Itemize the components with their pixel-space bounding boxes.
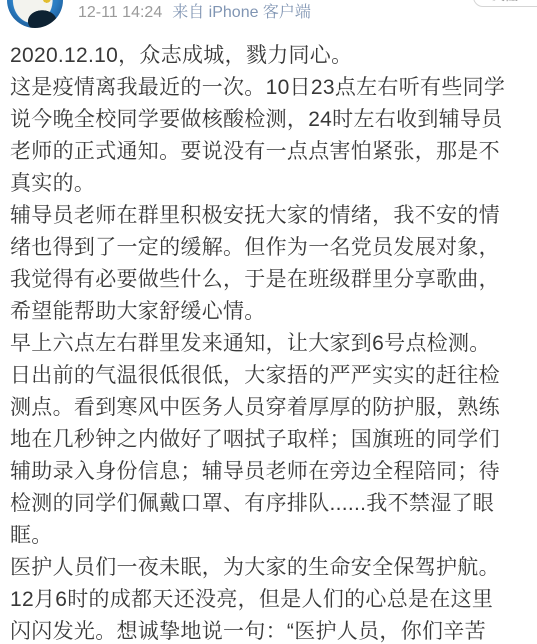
post-text-line: 希望能帮助大家舒缓心情。 <box>10 296 527 328</box>
post-text-line: 12月6时的成都天还没亮，但是人们的心总是在这里 <box>10 584 527 616</box>
post-text-line: 闪闪发光。想诚挚地说一句：“医护人员，你们辛苦 <box>10 616 527 644</box>
post-text-line: 医护人员们一夜未眠，为大家的生命安全保驾护航。 <box>10 552 527 584</box>
post-source-link[interactable]: 来自 iPhone 客户端 <box>172 4 311 21</box>
post-text-line: 地在几秒钟之内做好了咽拭子取样；国旗班的同学们 <box>10 424 527 456</box>
post-text-line: 2020.12.10，众志成城，戮力同心。 <box>10 40 527 72</box>
post-text-line: 眶。 <box>10 520 527 552</box>
post-text-line: 测点。看到寒风中医务人员穿着厚厚的防护服，熟练 <box>10 392 527 424</box>
user-avatar[interactable] <box>7 0 63 28</box>
post-text-line: 辅导员老师在群里积极安抚大家的情绪，我不安的情 <box>10 200 527 232</box>
post-text-line: 真实的。 <box>10 168 527 200</box>
post-text-line: 我觉得有必要做些什么，于是在班级群里分享歌曲， <box>10 264 527 296</box>
post-text-line: 辅助录入身份信息；辅导员老师在旁边全程陪同；待 <box>10 456 527 488</box>
follow-button-label: 关注 <box>474 0 536 4</box>
post-timestamp: 12-11 14:24 <box>78 4 162 21</box>
post-text-line: 早上六点左右群里发来通知，让大家到6号点检测。 <box>10 328 527 360</box>
post-text-line: 绪也得到了一定的缓解。但作为一名党员发展对象， <box>10 232 527 264</box>
post-body: 2020.12.10，众志成城，戮力同心。这是疫情离我最近的一次。10日23点左… <box>0 40 537 644</box>
post-text-line: 日出前的气温很低很低，大家捂的严严实实的赶往检 <box>10 360 527 392</box>
post-text-line: 说今晚全校同学要做核酸检测，24时左右收到辅导员 <box>10 104 527 136</box>
post-text-line: 老师的正式通知。要说没有一点点害怕紧张，那是不 <box>10 136 527 168</box>
post-header: 12-11 14:24来自 iPhone 客户端 关注 <box>0 0 537 40</box>
weibo-post-page: 12-11 14:24来自 iPhone 客户端 关注 2020.12.10，众… <box>0 0 537 644</box>
post-text-line: 检测的同学们佩戴口罩、有序排队......我不禁湿了眼 <box>10 488 527 520</box>
post-meta: 12-11 14:24来自 iPhone 客户端 <box>78 3 311 23</box>
follow-button[interactable]: 关注 <box>473 0 537 7</box>
post-text-line: 这是疫情离我最近的一次。10日23点左右听有些同学 <box>10 72 527 104</box>
